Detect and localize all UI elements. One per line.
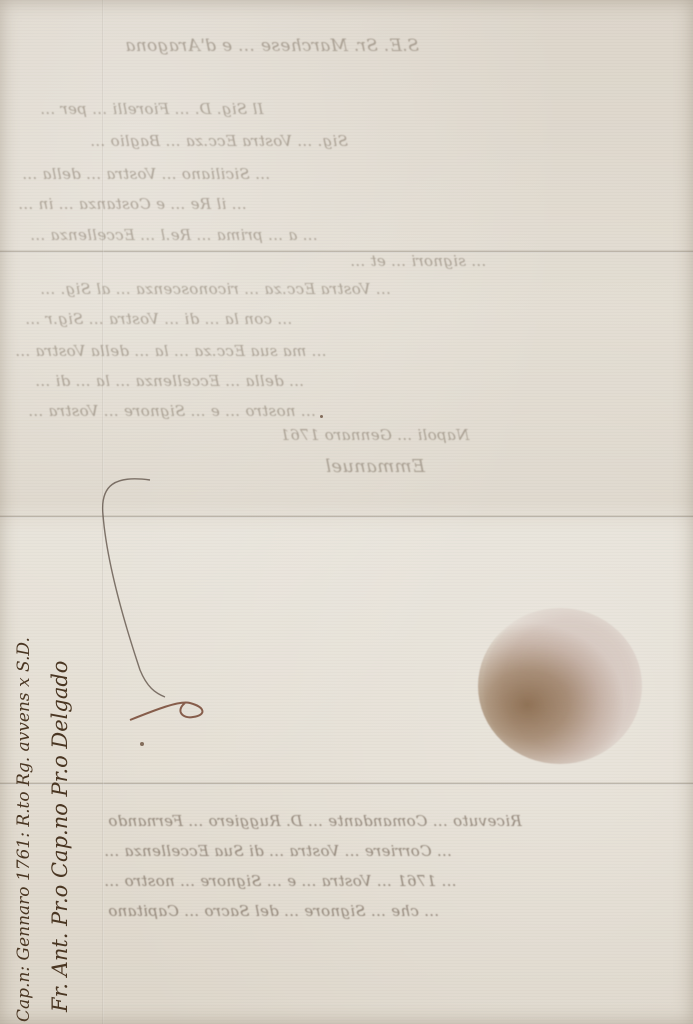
bleed-line: S.E. Sr. Marchese ... e d'Aragona — [125, 36, 419, 56]
bleed-line: ... Vostra Ecc.za ... riconoscenza ... a… — [40, 280, 391, 298]
bleed-line: ... Siciliano ... Vostra ... della ... — [22, 165, 270, 183]
docket-line-1: Cap.n: Gennaro 1761: R.to Rg. avvens x S… — [14, 637, 34, 1022]
bleed-line: ... con la ... di ... Vostra ... Sig.r .… — [25, 310, 292, 328]
loop-pen-stroke — [95, 475, 215, 725]
wax-seal-stain — [478, 608, 642, 764]
bleed-line: ... ma sua Ecc.za ... la ... della Vostr… — [15, 342, 327, 360]
bleed-line: ... della ... Eccellenza ... la ... di .… — [35, 372, 304, 390]
bleed-line: ... signori ... et ... — [350, 252, 486, 270]
bleed-line: ... il Re ... e Costanza ... in ... — [18, 195, 247, 213]
bleed-line: ... che ... Signore ... del Sacro ... Ca… — [108, 902, 439, 920]
bleed-line: Napoli ... Gennaro 1761 — [280, 426, 469, 444]
bleed-line: Ricevuto ... Comandante ... D. Ruggiero … — [108, 812, 522, 830]
bleed-line: Il Sig. D. ... Fiorelli ... per ... — [40, 100, 264, 118]
bleed-line: ... nostro ... e ... Signore ... Vostra … — [28, 402, 316, 420]
ink-spot — [320, 415, 323, 418]
bleed-line: ... a ... prima ... Re.l ... Eccellenza … — [30, 226, 318, 244]
bleed-line: ... Corriere ... Vostra ... di Sua Eccel… — [104, 842, 452, 860]
bleed-line: ... 1761 ... Vostra ... e ... Signore ..… — [104, 872, 457, 890]
bleed-signature: Emmanuel — [325, 456, 425, 477]
bleed-line: Sig. ... Vostra Ecc.za ... Baglio ... — [90, 132, 348, 150]
ink-spot — [140, 742, 144, 746]
document-sheet: S.E. Sr. Marchese ... e d'Aragona Il Sig… — [0, 0, 693, 1024]
docket-line-2: Fr. Ant. Pr.o Cap.no Pr.o Delgado — [48, 661, 72, 1012]
